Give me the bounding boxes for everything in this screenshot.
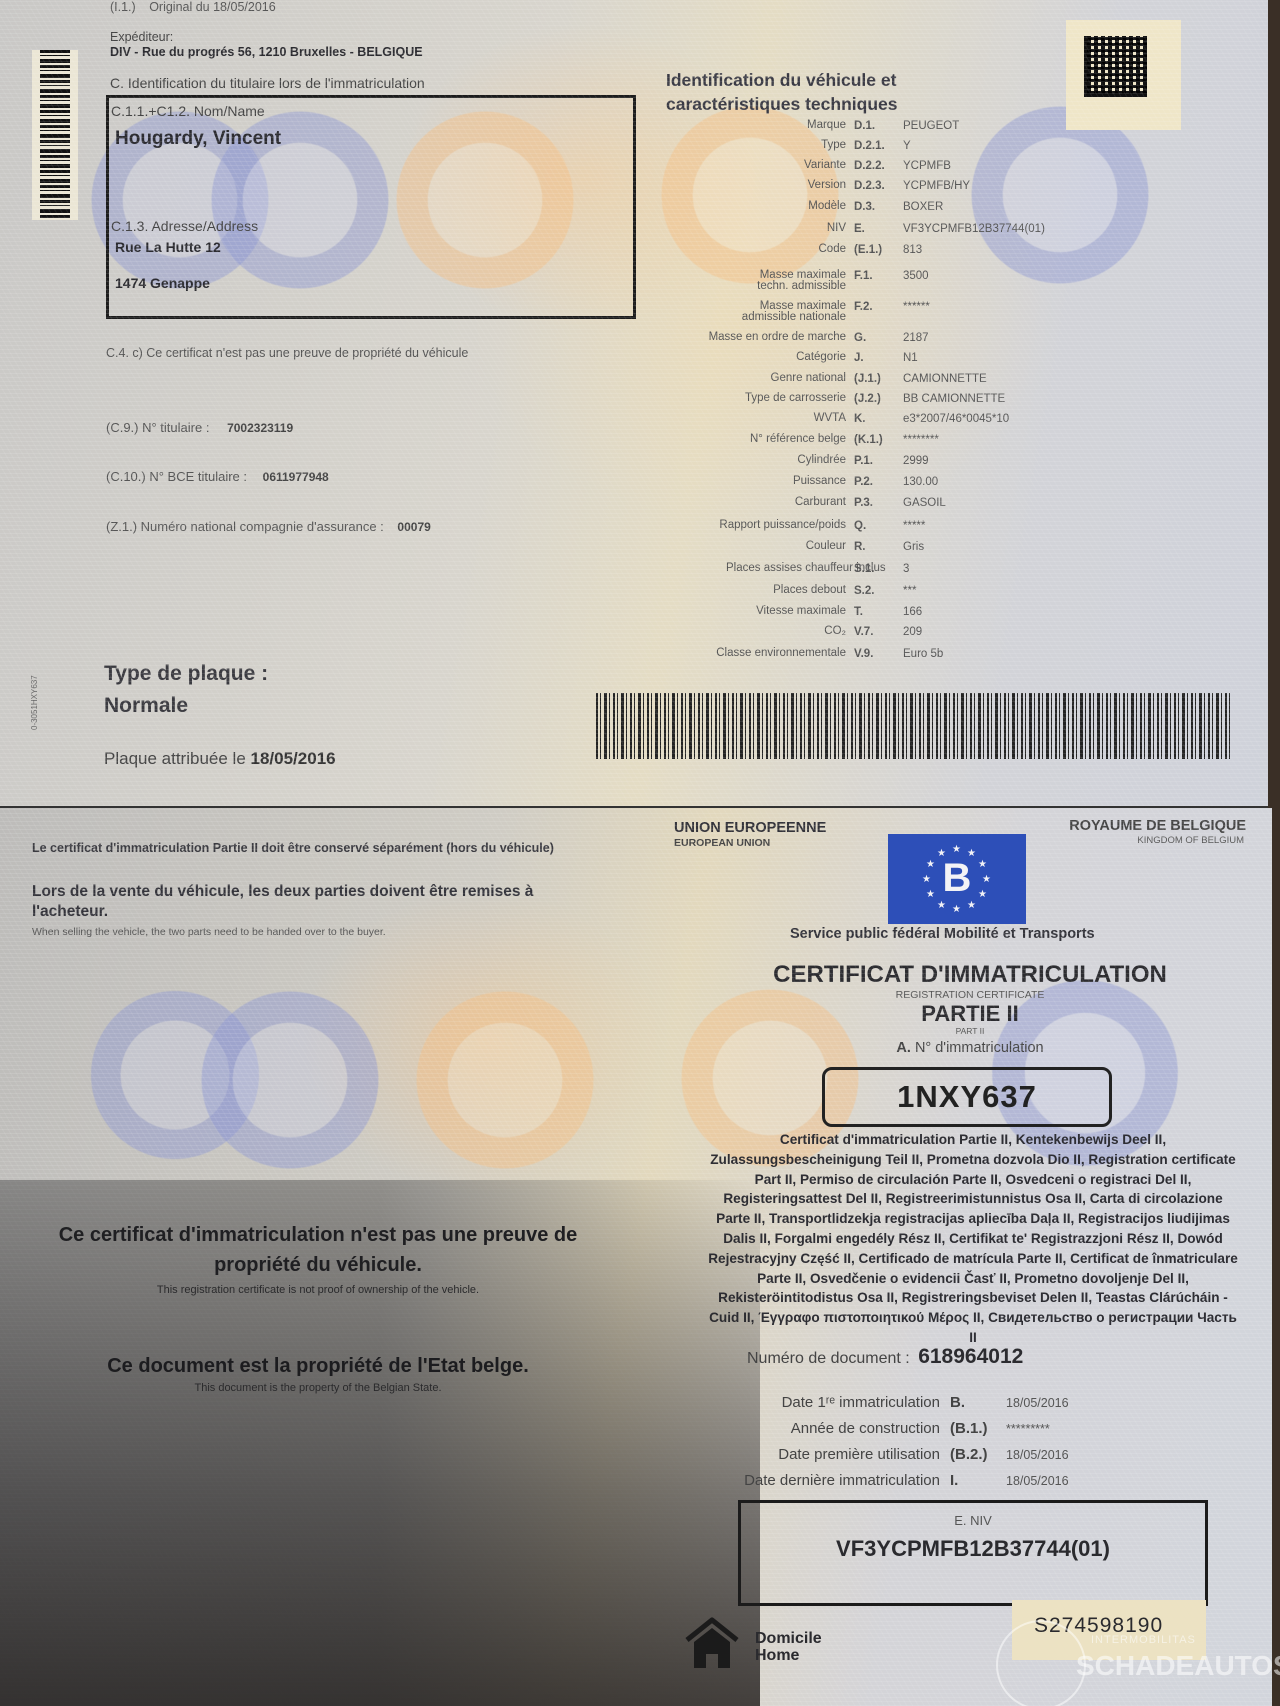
holder-box: C.1.1.+C1.2. Nom/Name Hougardy, Vincent … [106,95,636,319]
spec-value: PEUGEOT [903,120,959,132]
spec-value: BB CAMIONNETTE [903,393,1005,405]
date-row: Date première utilisation(B.2.)18/05/201… [680,1446,940,1470]
spec-label: Masse en ordre de marche [709,332,846,343]
spec-code: G. [854,332,866,344]
bce-number: 0611977948 [263,470,329,484]
holder-street: Rue La Hutte 12 [115,239,221,255]
spec-value: 3 [903,563,909,575]
spec-row: PuissanceP.2.130.00 [600,476,850,496]
spec-value: 2187 [903,332,929,344]
spec-code: J. [854,352,864,364]
spec-code: E. [854,223,865,235]
spec-row: WVTAK.e3*2007/46*0045*10 [600,413,850,433]
bce-label: (C.10.) N° BCE titulaire : [106,469,247,484]
eu-en: EUROPEAN UNION [674,837,770,849]
spec-label: Variante [804,160,846,171]
date-code: B. [950,1394,965,1411]
spec-value: 2999 [903,455,929,467]
spec-row: CO₂V.7.209 [600,626,850,646]
spec-code: D.2.3. [854,180,885,192]
spec-value: ****** [903,301,930,313]
spec-row: Places deboutS.2.*** [600,585,850,605]
spec-value: YCPMFB/HY [903,180,970,192]
niv-label: E. NIV [741,1513,1205,1528]
doc-number-row: Numéro de document : 618964012 [747,1345,1023,1369]
spec-row: CatégorieJ.N1 [600,352,850,372]
spec-row: VarianteD.2.2.YCPMFB [600,160,850,180]
spec-code: S.1. [854,563,874,575]
plate-assigned-row: Plaque attribuée le 18/05/2016 [104,749,336,769]
spec-code: P.1. [854,455,873,467]
spec-row: Genre national(J.1.)CAMIONNETTE [600,373,850,393]
spec-value: Gris [903,541,924,553]
spec-value: YCPMFB [903,160,951,172]
date-label: Année de construction [791,1420,940,1437]
spec-label: NIV [827,223,846,234]
spec-code: F.1. [854,270,873,282]
spec-label: N° référence belge [750,434,846,445]
spec-value: 209 [903,626,922,638]
spec-code: T. [854,606,863,618]
holder-name: Hougardy, Vincent [115,128,281,150]
spec-code: K. [854,413,866,425]
keep-separately-note: Le certificat d'immatriculation Partie I… [32,841,612,856]
insurance-label: (Z.1.) Numéro national compagnie d'assur… [106,519,384,534]
spec-label: Places assises chauffeur inclus [726,563,846,574]
date-label: Date 1ʳᵉ immatriculation [782,1394,940,1411]
spec-label: Places debout [773,585,846,596]
spec-row: Masse maximale admissible nationaleF.2.*… [600,301,850,321]
spec-label: Puissance [793,476,846,487]
cert-title-en: REGISTRATION CERTIFICATE [700,989,1240,1001]
spec-value: ***** [903,520,925,532]
spec-label: Carburant [795,497,846,508]
spec-value: N1 [903,352,918,364]
spec-label: Cylindrée [797,455,846,466]
spec-code: D.1. [854,120,875,132]
bce-row: (C.10.) N° BCE titulaire : 0611977948 [106,469,329,484]
plate-label-text: N° d'immatriculation [915,1040,1044,1056]
holder-address-label: C.1.3. Adresse/Address [111,218,258,234]
spec-row: Masse maximale techn. admissibleF.1.3500 [600,270,850,290]
spec-code: (J.2.) [854,393,881,405]
date-code: (B.1.) [950,1420,988,1437]
sender-label: Expéditeur: [110,30,173,44]
date-row: Année de construction(B.1.)********* [680,1420,940,1444]
date-row: Date dernière immatriculationI.18/05/201… [680,1472,940,1496]
spec-row: CouleurR.Gris [600,541,850,561]
spec-code: P.2. [854,476,873,488]
plate-assigned-label: Plaque attribuée le [104,749,246,768]
spec-value: BOXER [903,201,943,213]
spec-value: VF3YCPMFB12B37744(01) [903,223,1045,235]
date-value: 18/05/2016 [1006,1474,1069,1488]
spec-row: CylindréeP.1.2999 [600,455,850,475]
spec-value: 813 [903,244,922,256]
spec-code: (J.1.) [854,373,881,385]
serial-label: S274598190 [1012,1600,1206,1660]
spec-row: Rapport puissance/poidsQ.***** [600,520,850,540]
spec-code: S.2. [854,585,874,597]
home-label-en: Home [755,1647,822,1664]
spec-code: (K.1.) [854,434,883,446]
spec-value: e3*2007/46*0045*10 [903,413,1009,425]
date-row: Date 1ʳᵉ immatriculationB.18/05/2016 [680,1394,940,1418]
spec-label: Classe environnementale [716,648,846,659]
spec-code: F.2. [854,301,873,313]
spec-code: D.2.1. [854,140,885,152]
spec-label: Code [819,244,847,255]
holder-section-title: C. Identification du titulaire lors de l… [110,75,425,91]
spec-row: TypeD.2.1.Y [600,140,850,160]
country-letter: B [888,856,1026,900]
spec-row: Classe environnementaleV.9.Euro 5b [600,648,850,668]
part-title-en: PART II [700,1026,1240,1036]
spec-row: N° référence belge(K.1.)******** [600,434,850,454]
spec-code: D.2.2. [854,160,885,172]
spec-code: P.3. [854,497,873,509]
holder-number-row: (C.9.) N° titulaire : 7002323119 [106,420,293,435]
holder-number: 7002323119 [227,421,293,435]
part-title: PARTIE II [700,1001,1240,1027]
vehicle-title-line-1: Identification du véhicule et [666,68,897,92]
original-code: (I.1.) [110,0,136,14]
spec-value: Euro 5b [903,648,943,660]
doc-number: 618964012 [918,1345,1023,1368]
holder-city: 1474 Genappe [115,275,210,291]
doc-number-label: Numéro de document : [747,1350,910,1367]
spec-code: R. [854,541,866,553]
kingdom-fr: ROYAUME DE BELGIQUE [1069,818,1246,834]
certificate-part-1: (I.1.) Original du 18/05/2016 Expéditeur… [0,0,1268,808]
serial-number: S274598190 [1034,1614,1163,1638]
spec-label: Modèle [808,201,846,212]
side-code: 0-3051HXY637 [30,675,39,730]
niv-box: E. NIV VF3YCPMFB12B37744(01) [738,1500,1208,1606]
spec-label: Catégorie [796,352,846,363]
holder-number-label: (C.9.) N° titulaire : [106,420,209,435]
spec-value: ******** [903,434,939,446]
datamatrix-code [1066,20,1181,130]
multilingual-title-list: Certificat d'immatriculation Partie II, … [708,1130,1238,1348]
home-label-fr: Domicile [755,1630,822,1647]
date-label: Date première utilisation [778,1446,940,1463]
kingdom-en: KINGDOM OF BELGIUM [1137,835,1244,846]
spec-code: (E.1.) [854,244,882,256]
spec-label: Masse maximale techn. admissible [726,270,846,292]
date-value: ********* [1006,1422,1050,1436]
original-label: Original du 18/05/2016 [149,0,275,14]
spec-label: Version [808,180,846,191]
insurance-number: 00079 [397,520,430,534]
holder-name-label: C.1.1.+C1.2. Nom/Name [111,103,265,119]
date-code: (B.2.) [950,1446,988,1463]
eu-belgium-flag: B ★★★★★★★★★★★★ [888,834,1026,924]
not-proof-fr: Ce certificat d'immatriculation n'est pa… [58,1220,578,1280]
spec-label: Type [821,140,846,151]
sender-address: DIV - Rue du progrés 56, 1210 Bruxelles … [110,45,423,59]
registration-number: 1NXY637 [822,1067,1112,1127]
spec-code: V.7. [854,626,873,638]
plate-assigned-date: 18/05/2016 [251,749,336,768]
niv-value: VF3YCPMFB12B37744(01) [741,1536,1205,1562]
home-icon [683,1616,741,1670]
date-value: 18/05/2016 [1006,1396,1069,1410]
state-property-en: This document is the property of the Bel… [58,1382,578,1394]
spec-label: Rapport puissance/poids [719,520,846,531]
home-label: Domicile Home [755,1630,822,1664]
spec-label: Marque [807,120,846,131]
cert-title: CERTIFICAT D'IMMATRICULATION [700,961,1240,989]
original-line: (I.1.) Original du 18/05/2016 [110,0,276,14]
date-value: 18/05/2016 [1006,1448,1069,1462]
spec-label: WVTA [814,413,846,424]
plate-type-label: Type de plaque : [104,662,268,686]
plate-label-code: A. [896,1040,911,1056]
spec-code: D.3. [854,201,875,213]
spec-value: Y [903,140,911,152]
horizontal-barcode [596,693,1232,759]
spec-value: 130.00 [903,476,938,488]
vehicle-section-title: Identification du véhicule et caractéris… [666,68,897,116]
eu-fr: UNION EUROPEENNE [674,820,826,836]
sale-note: Lors de la vente du véhicule, les deux p… [32,882,612,922]
spec-label: Masse maximale admissible nationale [726,301,846,323]
plate-type: Normale [104,694,188,718]
spec-row: CarburantP.3.GASOIL [600,497,850,517]
vertical-barcode [32,50,78,220]
plate-label: A. N° d'immatriculation [700,1040,1240,1056]
spec-label: Type de carrosserie [745,393,846,404]
not-proof-en: This registration certificate is not pro… [58,1284,578,1296]
state-property-fr: Ce document est la propriété de l'Etat b… [58,1355,578,1378]
vehicle-title-line-2: caractéristiques techniques [666,92,897,116]
service-name: Service public fédéral Mobilité et Trans… [790,926,1095,942]
spec-row: Masse en ordre de marcheG.2187 [600,332,850,352]
spec-row: Vitesse maximaleT.166 [600,606,850,626]
spec-value: *** [903,585,916,597]
spec-code: V.9. [854,648,873,660]
spec-label: Vitesse maximale [756,606,846,617]
spec-row: VersionD.2.3.YCPMFB/HY [600,180,850,200]
spec-row: Places assises chauffeur inclusS.1.3 [600,563,850,583]
spec-row: MarqueD.1.PEUGEOT [600,120,850,140]
spec-label: Couleur [806,541,846,552]
spec-value: CAMIONNETTE [903,373,987,385]
spec-row: Code(E.1.)813 [600,244,850,264]
not-proof-note: C.4. c) Ce certificat n'est pas une preu… [106,346,468,360]
spec-value: 166 [903,606,922,618]
spec-row: ModèleD.3.BOXER [600,201,850,221]
insurance-row: (Z.1.) Numéro national compagnie d'assur… [106,519,431,534]
spec-code: Q. [854,520,866,532]
sale-note-en: When selling the vehicle, the two parts … [32,926,386,938]
date-code: I. [950,1472,958,1489]
spec-value: 3500 [903,270,929,282]
spec-label: CO₂ [824,626,846,637]
spec-row: NIVE.VF3YCPMFB12B37744(01) [600,223,850,243]
spec-row: Type de carrosserie(J.2.)BB CAMIONNETTE [600,393,850,413]
spec-value: GASOIL [903,497,946,509]
spec-label: Genre national [771,373,846,384]
date-label: Date dernière immatriculation [744,1472,940,1489]
